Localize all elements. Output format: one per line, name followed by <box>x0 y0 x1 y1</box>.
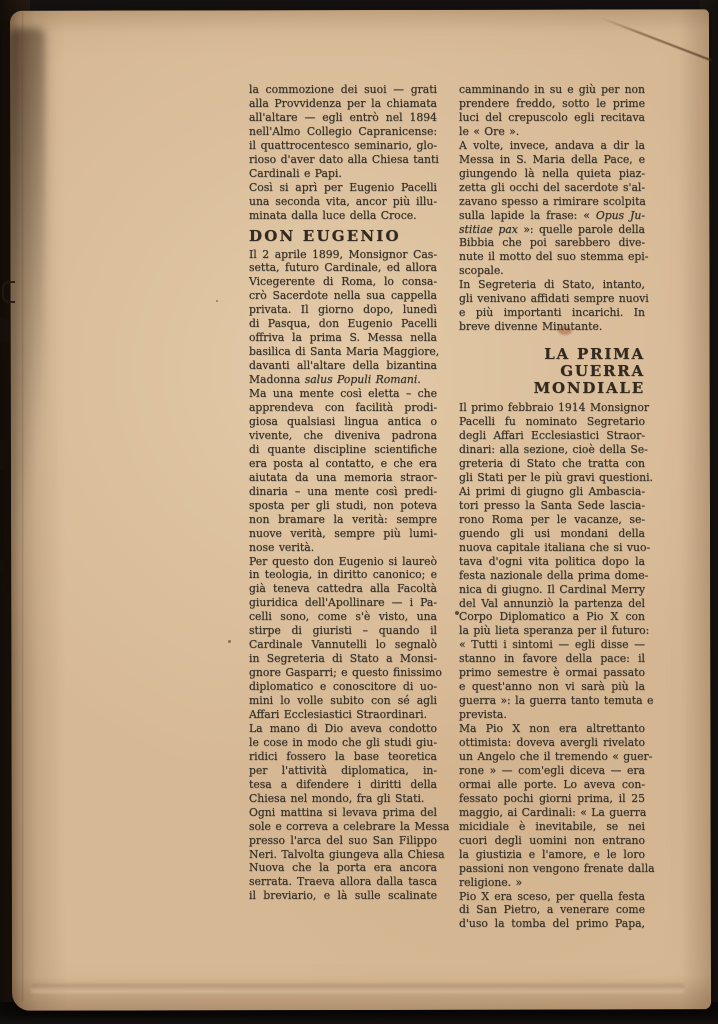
text-line: in Segreteria di Stato a Monsi- <box>249 652 437 666</box>
text-line: dinari: alla sezione, cioè della Se- <box>459 443 645 457</box>
text-line: degli Affari Ecclesiastici Straor- <box>459 429 645 443</box>
paragraph: A volte, invece, andava a dir laMessa in… <box>459 139 645 279</box>
text-line: Ma Pio X non era altrettanto <box>459 722 645 736</box>
paragraph: Ma una mente così eletta – cheapprendeva… <box>249 387 437 554</box>
text-line: davanti all'altare della bizantina <box>249 359 437 373</box>
text-line: luci del crepuscolo egli recitava <box>459 111 645 125</box>
right-column: camminando in su e giù per nonprendere f… <box>459 83 645 931</box>
text-line: Nuova che la porta era ancora <box>249 861 437 875</box>
text-line: privata. Il giorno dopo, lunedì <box>249 303 437 317</box>
text-line: primo semestre è ormai passato <box>459 666 645 680</box>
paragraph: camminando in su e giù per nonprendere f… <box>459 83 645 139</box>
text-line: Chiesa nel mondo, fra gli Stati. <box>249 792 437 806</box>
text-line: Il 2 aprile 1899, Monsignor Cas- <box>249 248 437 262</box>
text-line: rono Roma per le vacanze, se- <box>459 513 645 527</box>
text-line: camminando in su e giù per non <box>459 83 645 97</box>
text-line: Per questo don Eugenio si laureò <box>249 555 437 569</box>
text-line: Affari Ecclesiastici Straordinari. <box>249 708 437 722</box>
paragraph: Il 2 aprile 1899, Monsignor Cas-setta, f… <box>249 248 437 388</box>
text-line: La mano di Dio aveva condotto <box>249 722 437 736</box>
text-line: prendere freddo, sotto le prime <box>459 97 645 111</box>
text-line: guendo gli usi mondani della <box>459 527 645 541</box>
text-line: mini lo volle subito con sé agli <box>249 694 437 708</box>
paragraph: Ma Pio X non era altrettantoottimista: d… <box>459 722 645 889</box>
section-heading: DON EUGENIO <box>249 228 437 245</box>
text-line: stirpe di giuristi – quando il <box>249 624 437 638</box>
text-line: ormai alle porte. Lo aveva con- <box>459 778 645 792</box>
text-line: guerra »: la guerra tanto temuta e <box>459 694 645 708</box>
text-line: zetta gli occhi del sacerdote s'al- <box>459 181 645 195</box>
text-line: passioni non vengono frenate dalla <box>459 862 645 876</box>
text-line: tava d'ogni vita politica dopo la <box>459 555 645 569</box>
text-line: rioso d'aver dato alla Chiesa tanti <box>249 153 437 167</box>
text-line: religione. » <box>459 876 645 890</box>
text-run: »: quelle parole della <box>518 223 645 236</box>
text-line: greteria di Stato che tratta con <box>459 457 645 471</box>
text-line: all'altare — egli entrò nel 1894 <box>249 111 437 125</box>
text-line: rone » — com'egli diceva — era <box>459 764 645 778</box>
text-line: nuova capitale italiana che si vuo- <box>459 541 645 555</box>
spine-crease-line <box>22 12 23 1002</box>
text-line: giuridica dell'Apollinare — i Pa- <box>249 596 437 610</box>
text-line: gli Stati per le più gravi questioni. <box>459 471 645 485</box>
text-line: diplomatico e conoscitore di uo- <box>249 680 437 694</box>
text-line: A volte, invece, andava a dir la <box>459 139 645 153</box>
text-line: Corpo Diplomatico a Pio X con <box>459 610 645 624</box>
paragraph: La mano di Dio aveva condottole cose in … <box>249 722 437 806</box>
text-line: nica di giugno. Il Cardinal Merry <box>459 583 645 597</box>
text-line: Ma una mente così eletta – che <box>249 387 437 401</box>
text-line: maggio, ai Cardinali: « La guerra <box>459 806 645 820</box>
text-line: il quattrocentesco seminario, glo- <box>249 139 437 153</box>
text-line: la commozione dei suoi — grati <box>249 83 437 97</box>
text-line: stanno in favore della pace: il <box>459 652 645 666</box>
text-line: Vicegerente di Roma, lo consa- <box>249 275 437 289</box>
text-line: di San Pietro, a venerare come <box>459 903 645 917</box>
text-line: sposta per gli studi, non poteva <box>249 499 437 513</box>
text-line: di Pasqua, don Eugenio Pacelli <box>249 317 437 331</box>
text-line: per l'attività diplomatica, in- <box>249 764 437 778</box>
paragraph: la commozione dei suoi — gratialla Provv… <box>249 83 437 181</box>
text-line: di quante discipline scientifiche <box>249 443 437 457</box>
text-line: vivente, che diveniva padrona <box>249 429 437 443</box>
text-line: presso l'arca del suo San Filippo <box>249 834 437 848</box>
text-line: ridici fossero la base teoretica <box>249 750 437 764</box>
text-line: minata dalla luce della Croce. <box>249 209 437 223</box>
text-line: zavano spesso a rimirare scolpita <box>459 195 645 209</box>
text-line: Il primo febbraio 1914 Monsignor <box>459 401 645 415</box>
ink-speck <box>228 640 231 643</box>
text-line: setta, futuro Cardinale, ed allora <box>249 261 437 275</box>
text-line: ottimista: doveva avergli rivelato <box>459 736 645 750</box>
text-line: Bibbia che poi sarebbero dive- <box>459 236 645 250</box>
text-line: crò Sacerdote nella sua cappella <box>249 289 437 303</box>
text-line: sulla lapide la frase: « Opus Ju- <box>459 209 645 223</box>
paragraph: Per questo don Eugenio si laureòin teolo… <box>249 555 437 722</box>
text-line: Messa in S. Maria della Pace, e <box>459 153 645 167</box>
text-line: dinaria – una mente così predi- <box>249 485 437 499</box>
italic-run: stitiae pax <box>459 223 518 236</box>
text-line: Così si aprì per Eugenio Pacelli <box>249 181 437 195</box>
text-line: gnore Gasparri; e questo finissimo <box>249 666 437 680</box>
binding-shadow <box>9 28 45 598</box>
text-line: del Val annunziò la partenza del <box>459 597 645 611</box>
text-line: il breviario, e là sulle scalinate <box>249 889 437 903</box>
text-line: festa nazionale della prima dome- <box>459 569 645 583</box>
text-line: la giustizia e l'amore, e le loro <box>459 848 645 862</box>
text-line: celli sono, come s'è visto, una <box>249 610 437 624</box>
text-line: breve divenne Minutante. <box>459 320 645 334</box>
text-run: Madonna <box>249 373 305 386</box>
text-line: tesa a difendere i diritti della <box>249 778 437 792</box>
text-line: aiutata da una memoria straor- <box>249 471 437 485</box>
ink-speck <box>216 300 218 302</box>
text-line: basilica di Santa Maria Maggiore, <box>249 345 437 359</box>
text-line: Pacelli fu nominato Segretario <box>459 415 645 429</box>
text-line: Ai primi di giugno gli Ambascia- <box>459 485 645 499</box>
text-line: gli venivano affidati sempre nuovi <box>459 292 645 306</box>
text-line: Madonna salus Populi Romani. <box>249 373 437 387</box>
text-line: la più lieta speranza per il futuro: <box>459 624 645 638</box>
paragraph: Così si aprì per Eugenio Pacelliuna seco… <box>249 181 437 223</box>
paragraph: Ogni mattina si levava prima delsole e c… <box>249 806 437 904</box>
text-line: non bramare la verità: sempre <box>249 513 437 527</box>
text-line: tori presso la Santa Sede lascia- <box>459 499 645 513</box>
text-line: stitiae pax »: quelle parole della <box>459 223 645 237</box>
text-line: e quest'anno non vi sarà più la <box>459 680 645 694</box>
text-line: In Segreteria di Stato, intanto, <box>459 278 645 292</box>
italic-run: Opus Ju- <box>596 209 645 222</box>
text-line: fessato pochi giorni prima, il 25 <box>459 792 645 806</box>
text-line: già teneva cattedra alla Facoltà <box>249 582 437 596</box>
text-line: offriva la prima S. Messa nella <box>249 331 437 345</box>
text-line: apprendeva con facilità prodi- <box>249 401 437 415</box>
text-line: d'uso la tomba del primo Papa, <box>459 917 645 931</box>
section-heading: LA PRIMAGUERRA MONDIALE <box>459 346 645 397</box>
text-line: le « Ore ». <box>459 125 645 139</box>
paragraph: In Segreteria di Stato, intanto,gli veni… <box>459 278 645 334</box>
italic-run: salus Populi Romani. <box>305 373 421 386</box>
text-line: Ogni mattina si levava prima del <box>249 806 437 820</box>
scan-photo-background: la commozione dei suoi — gratialla Provv… <box>0 0 718 1024</box>
text-line: nose verità. <box>249 541 437 555</box>
text-line: una seconda vita, ancor più illu- <box>249 195 437 209</box>
bottom-curl-crease <box>30 984 685 993</box>
text-line: nuove verità, sempre più lumi- <box>249 527 437 541</box>
text-line: e più importanti incarichi. In <box>459 306 645 320</box>
text-line: micidiale è inevitabile, se nei <box>459 820 645 834</box>
text-line: giungendo là nella quieta piaz- <box>459 167 645 181</box>
binding-mark <box>0 318 10 342</box>
paragraph: Pio X era sceso, per quella festadi San … <box>459 890 645 932</box>
text-line: le cose in modo che gli studi giu- <box>249 736 437 750</box>
text-run: sulla lapide la frase: « <box>459 209 596 222</box>
text-line: alla Provvidenza per la chiamata <box>249 97 437 111</box>
left-column: la commozione dei suoi — gratialla Provv… <box>249 83 437 903</box>
text-line: prevista. <box>459 708 645 722</box>
paragraph: Il primo febbraio 1914 MonsignorPacelli … <box>459 401 645 722</box>
text-line: Pio X era sceso, per quella festa <box>459 890 645 904</box>
text-line: in teologia, in diritto canonico; e <box>249 568 437 582</box>
text-line: Neri. Talvolta giungeva alla Chiesa <box>249 848 437 862</box>
text-line: giosa qualsiasi lingua antica o <box>249 415 437 429</box>
binding-mark <box>0 440 8 470</box>
text-line: sole e correva a celebrare la Messa <box>249 820 437 834</box>
text-line: Cardinali e Papi. <box>249 167 437 181</box>
text-line: Cardinale Vannutelli lo segnalò <box>249 638 437 652</box>
text-line: era posta al contatto, e che era <box>249 457 437 471</box>
text-line: scopale. <box>459 264 645 278</box>
text-line: serrata. Traeva allora dalla tasca <box>249 875 437 889</box>
text-line: nell'Almo Collegio Capranicense: <box>249 125 437 139</box>
staple <box>2 281 15 303</box>
text-line: un Angelo che il tremendo « guer- <box>459 750 645 764</box>
text-line: cuori degli uomini non entrano <box>459 834 645 848</box>
text-line: « Tutti i sintomi — egli disse — <box>459 638 645 652</box>
text-line: nute il motto del suo stemma epi- <box>459 250 645 264</box>
